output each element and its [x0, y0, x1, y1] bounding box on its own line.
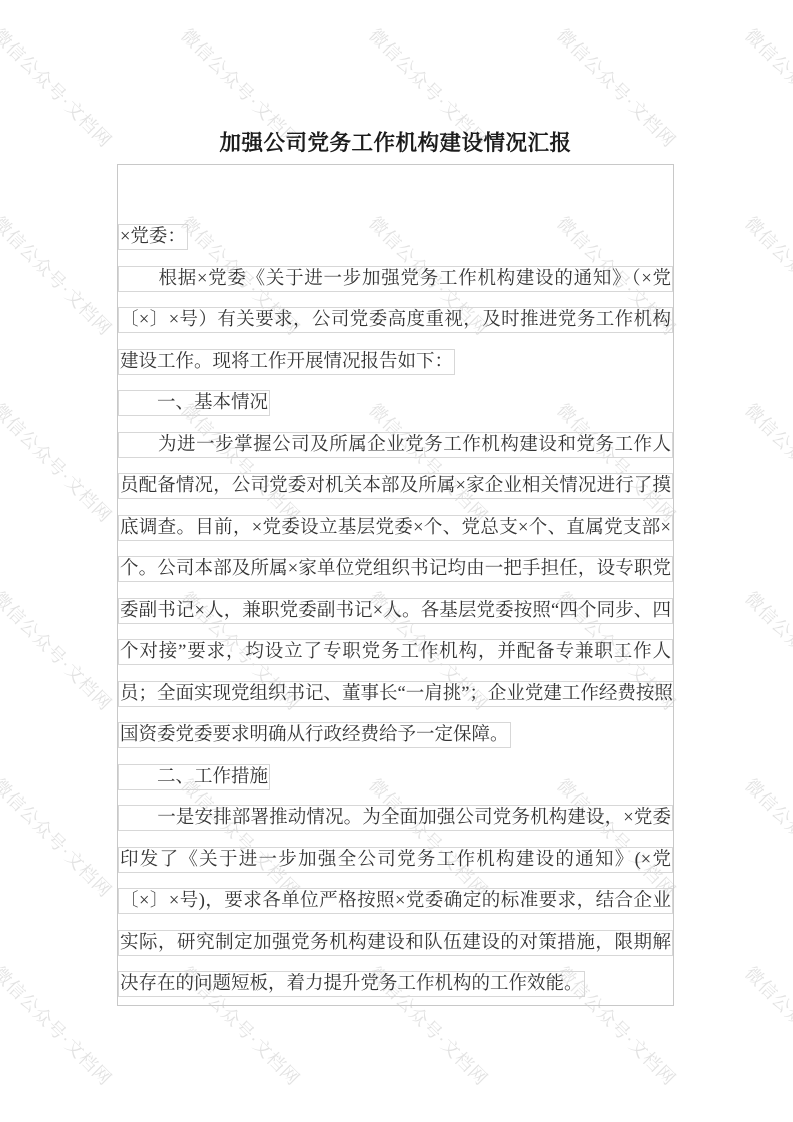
- paragraph-text: 二、工作措施: [118, 764, 270, 790]
- watermark-text: 微信公众号·文档网: [740, 22, 793, 153]
- paragraph: 一、基本情况: [118, 383, 673, 425]
- watermark-text: 微信公众号·文档网: [0, 210, 118, 341]
- document-title: 加强公司党务工作机构建设情况汇报: [117, 126, 674, 157]
- paragraph: 二、工作措施: [118, 757, 673, 799]
- paragraph: 一是安排部署推动情况。为全面加强公司党务机构建设，×党委印发了《关于进一步加强全…: [118, 798, 673, 1006]
- watermark-text: 微信公众号·文档网: [740, 210, 793, 341]
- watermark-text: 微信公众号·文档网: [0, 772, 118, 903]
- paragraph-text: 为进一步掌握公司及所属企业党务工作机构建设和党务工作人员配备情况，公司党委对机关…: [118, 432, 674, 749]
- watermark-text: 微信公众号·文档网: [0, 960, 118, 1091]
- watermark-text: 微信公众号·文档网: [740, 772, 793, 903]
- watermark-text: 微信公众号·文档网: [0, 397, 118, 528]
- watermark-text: 微信公众号·文档网: [0, 22, 118, 153]
- paragraph-text: 一是安排部署推动情况。为全面加强公司党务机构建设，×党委印发了《关于进一步加强全…: [118, 805, 673, 997]
- watermark-text: 微信公众号·文档网: [740, 585, 793, 716]
- document-body: ×党委： 根据×党委《关于进一步加强党务工作机构建设的通知》（×党〔×〕×号）有…: [117, 164, 674, 1006]
- paragraph: ×党委：: [118, 217, 673, 259]
- watermark-text: 微信公众号·文档网: [740, 397, 793, 528]
- paragraph: 为进一步掌握公司及所属企业党务工作机构建设和党务工作人员配备情况，公司党委对机关…: [118, 425, 673, 757]
- paragraph: 根据×党委《关于进一步加强党务工作机构建设的通知》（×党〔×〕×号）有关要求，公…: [118, 259, 673, 384]
- paragraph-text: ×党委：: [118, 224, 188, 250]
- paragraph-text: 一、基本情况: [118, 390, 270, 416]
- document-page: { "watermark": { "text": "微信公众号·文档网", "c…: [0, 0, 793, 1122]
- watermark-text: 微信公众号·文档网: [740, 960, 793, 1091]
- watermark-text: 微信公众号·文档网: [0, 585, 118, 716]
- paragraph-text: 根据×党委《关于进一步加强党务工作机构建设的通知》（×党〔×〕×号）有关要求，公…: [118, 266, 673, 375]
